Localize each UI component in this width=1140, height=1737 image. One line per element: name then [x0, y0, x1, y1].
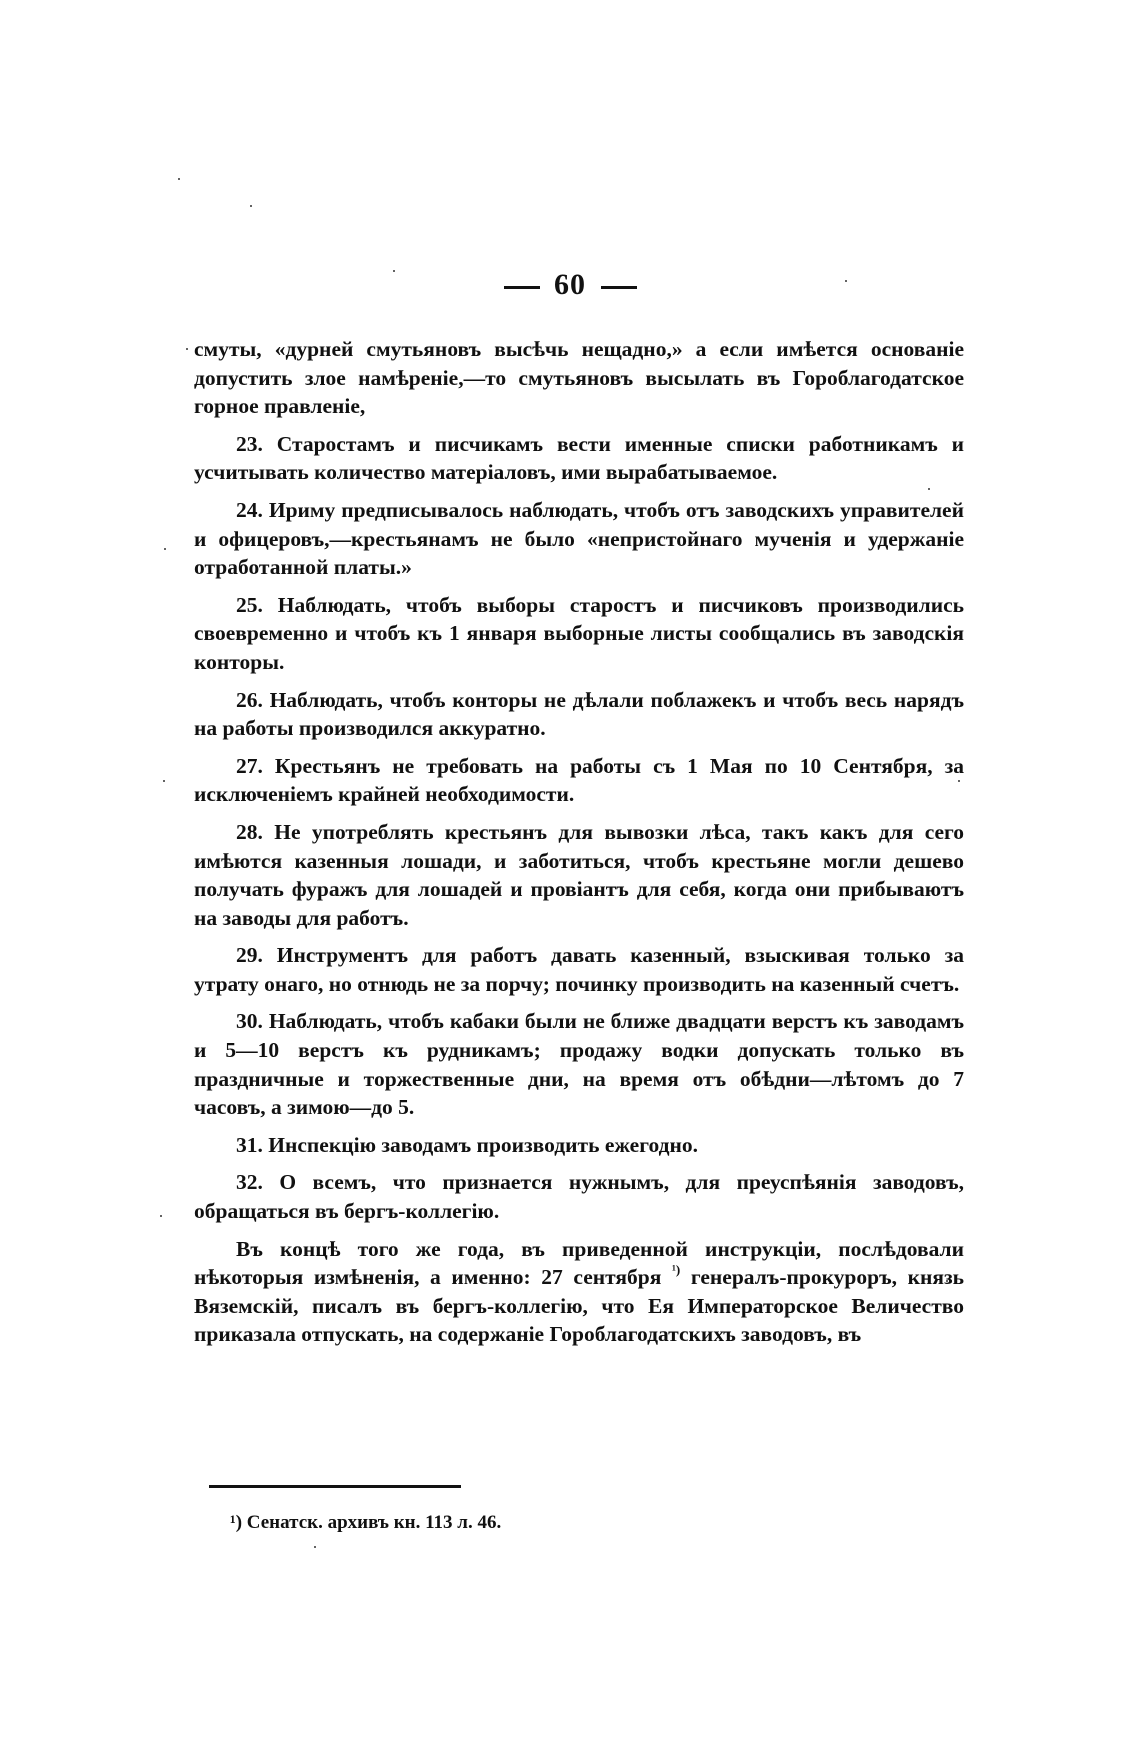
paragraph-32: 32. О всемъ, что признается нужнымъ, для… — [194, 1168, 964, 1225]
item-number: 27. — [236, 754, 263, 778]
item-number: 23. — [236, 432, 263, 456]
scan-speck — [946, 1280, 948, 1282]
paragraph-29: 29. Инструментъ для работъ давать казенн… — [194, 941, 964, 998]
paragraph-narrative: Въ концѣ того же года, въ приведенной ин… — [194, 1235, 964, 1349]
item-number: 28. — [236, 820, 263, 844]
scan-speck — [845, 280, 847, 282]
page-body: смуты, «дурней смутьяновъ высѣчь нещадно… — [194, 335, 964, 1358]
scanned-book-page: 60 смуты, «дурней смутьяновъ высѣчь неща… — [0, 0, 1140, 1737]
item-number: 26. — [236, 688, 263, 712]
scan-speck — [393, 270, 395, 272]
item-number: 30. — [236, 1009, 263, 1033]
header-ornament-left — [504, 286, 540, 289]
item-number: 24. — [236, 498, 263, 522]
paragraph-30: 30. Наблюдать, чтобъ кабаки были не ближ… — [194, 1007, 964, 1121]
page-header: 60 — [0, 268, 1140, 302]
scan-speck — [956, 960, 958, 962]
footnote-divider — [209, 1485, 461, 1488]
footnote: ¹) Сенатск. архивъ кн. 113 л. 46. — [230, 1512, 501, 1534]
header-ornament-right — [601, 286, 637, 289]
scan-speck — [928, 488, 930, 490]
paragraph-25: 25. Наблюдать, чтобъ выборы старостъ и п… — [194, 591, 964, 677]
paragraph-23: 23. Старостамъ и писчикамъ вести именные… — [194, 430, 964, 487]
footnote-text: Сенатск. архивъ кн. 113 л. 46. — [242, 1512, 501, 1533]
scan-speck — [314, 1546, 316, 1548]
item-number: 29. — [236, 943, 263, 967]
page-number: 60 — [554, 268, 586, 301]
scan-speck — [250, 205, 252, 207]
paragraph-27: 27. Крестьянъ не требовать на работы съ … — [194, 752, 964, 809]
item-number: 25. — [236, 593, 263, 617]
scan-speck — [178, 178, 180, 180]
paragraph-continuation: смуты, «дурней смутьяновъ высѣчь нещадно… — [194, 335, 964, 421]
paragraph-26: 26. Наблюдать, чтобъ конторы не дѣлали п… — [194, 686, 964, 743]
paragraph-31: 31. Инспекцію заводамъ производить ежего… — [194, 1131, 964, 1160]
paragraph-28: 28. Не употреблять крестьянъ для вывозки… — [194, 818, 964, 932]
item-number: 32. — [236, 1170, 263, 1194]
item-number: 31. — [236, 1133, 263, 1157]
scan-speck — [163, 780, 165, 782]
scan-speck — [186, 348, 188, 350]
paragraph-24: 24. Ириму предписывалось наблюдать, чтоб… — [194, 496, 964, 582]
scan-speck — [958, 780, 960, 782]
footnote-marker: ¹) — [230, 1512, 242, 1533]
scan-speck — [160, 1215, 162, 1217]
scan-speck — [164, 548, 166, 550]
